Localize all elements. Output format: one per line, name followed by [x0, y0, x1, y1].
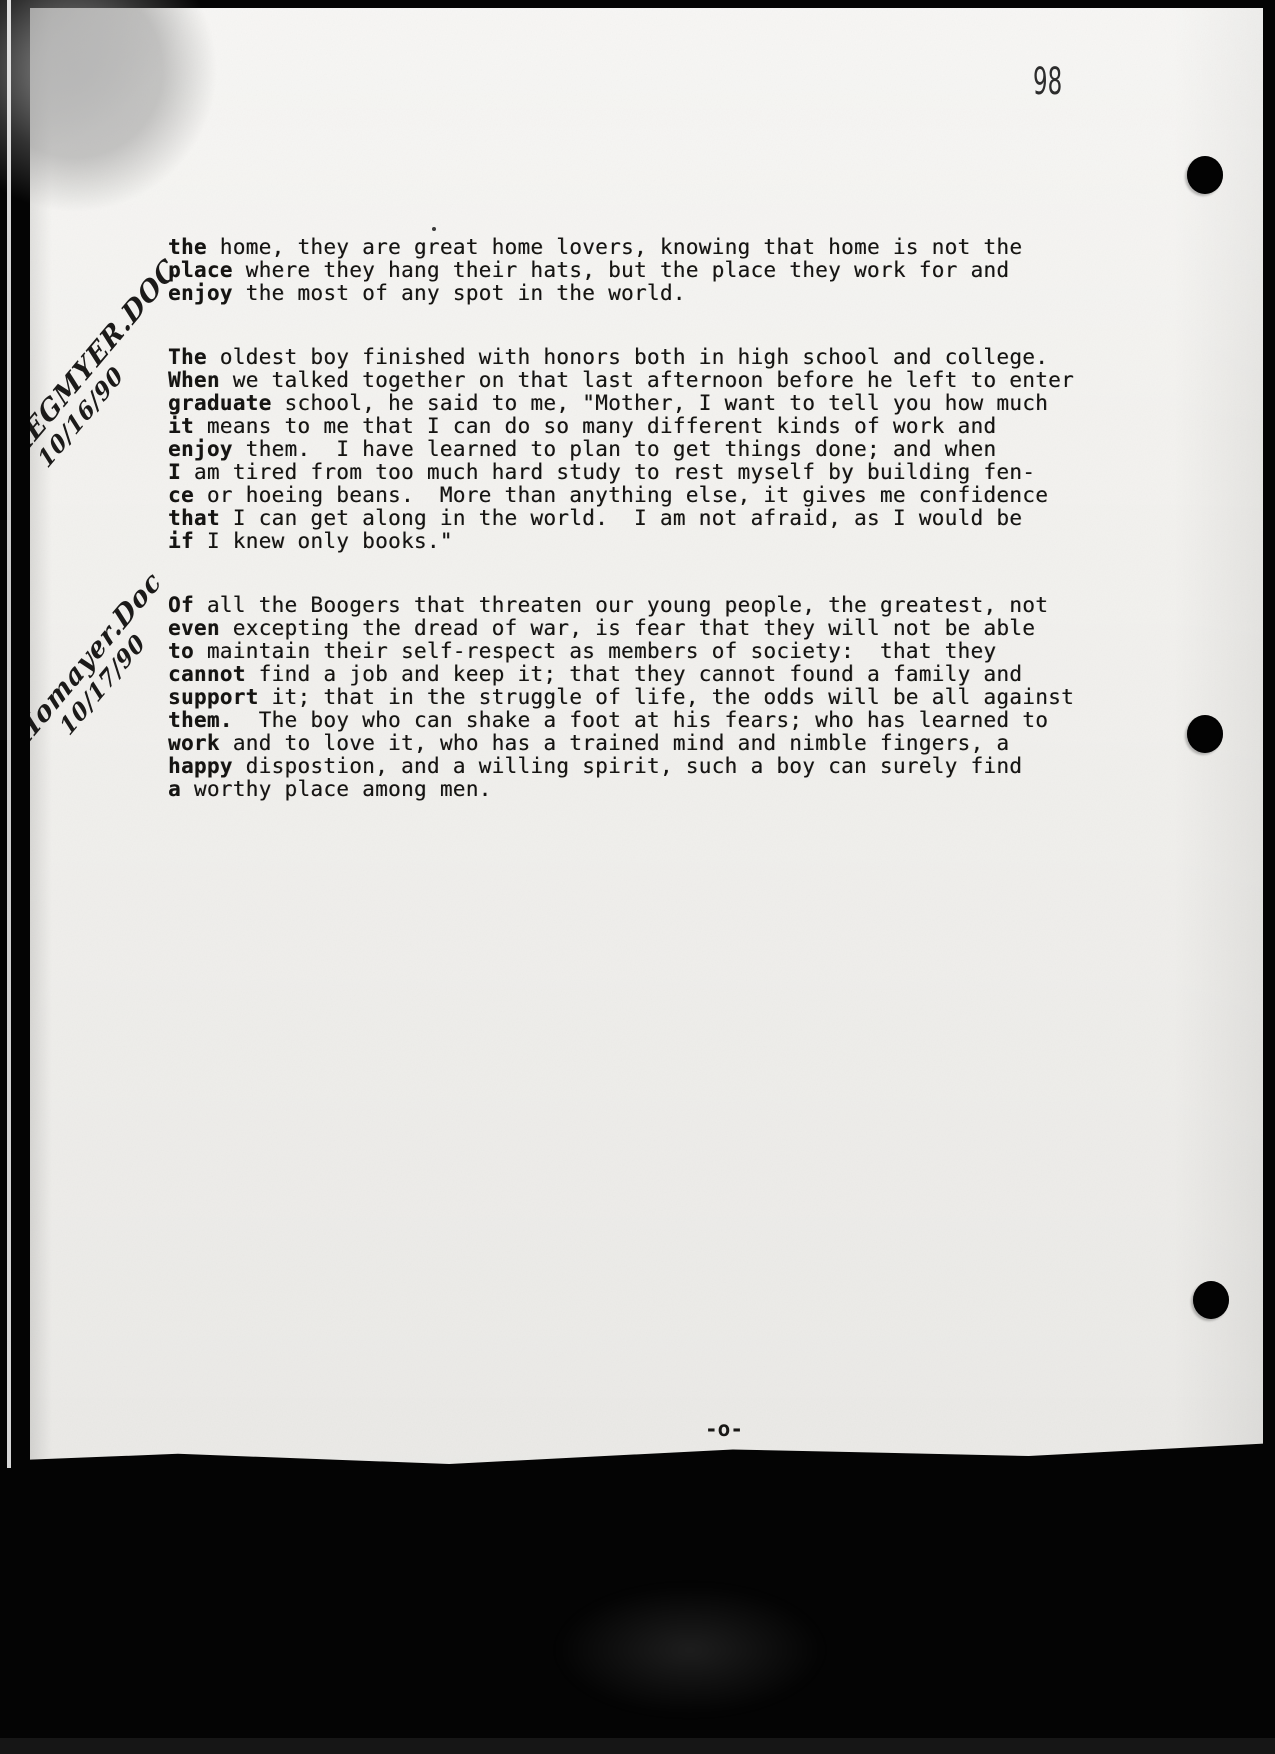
handwritten-annotation-2: Homayer.Doc 10/17/90: [10, 566, 185, 770]
annotation-filename: Homayer.Doc: [10, 566, 167, 751]
scan-smudge: [555, 1585, 825, 1715]
paragraph-home-lovers: the home, they are great home lovers, kn…: [168, 236, 1108, 305]
page-number: 98: [1033, 63, 1062, 100]
scanned-document-canvas: 98 the home, they are great home lovers,…: [0, 0, 1275, 1754]
punch-hole-top: [1187, 156, 1223, 194]
scan-bottom-band: [0, 1738, 1275, 1754]
punch-hole-bottom: [1193, 1281, 1229, 1319]
scan-speck: [432, 227, 436, 231]
typed-text-block: the home, they are great home lovers, kn…: [168, 236, 1108, 842]
document-page: 98 the home, they are great home lovers,…: [30, 8, 1263, 1464]
section-end-mark: -o-: [688, 1417, 760, 1441]
annotation-filename: GREGMYER.DOC: [0, 254, 184, 484]
paragraph-boogers: Of all the Boogers that threaten our you…: [168, 594, 1108, 801]
binder-edge-line: [7, 0, 11, 1468]
punch-hole-middle: [1187, 715, 1223, 753]
paragraph-oldest-boy: The oldest boy finished with honors both…: [168, 346, 1108, 553]
